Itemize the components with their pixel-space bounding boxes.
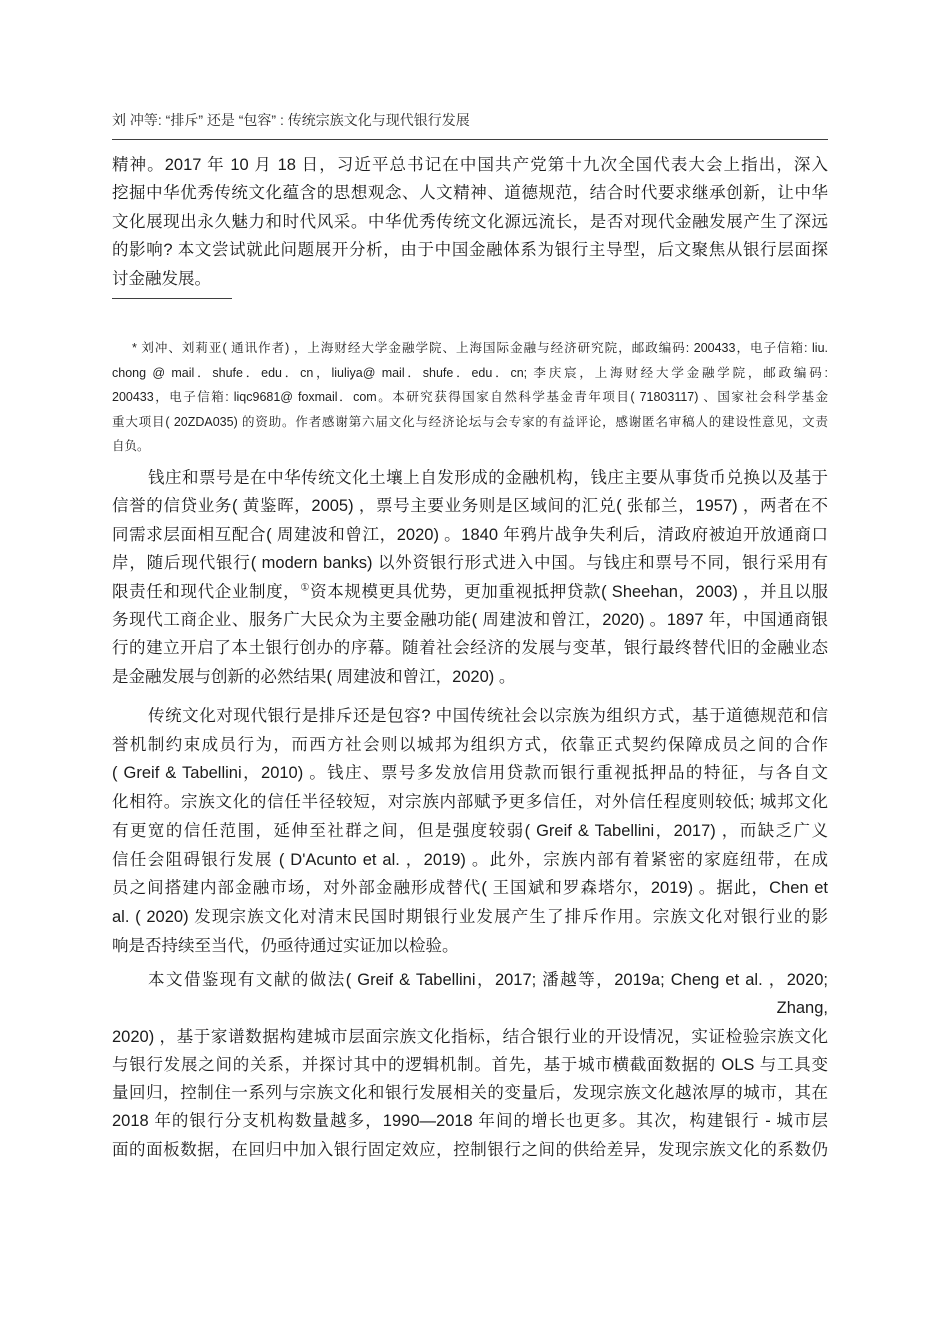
document-page: 刘 冲等: “排斥” 还是 “包容” : 传统宗族文化与现代银行发展 精神。20…	[0, 0, 950, 1344]
text-line: 有更宽的信任范围，延伸至社群之间，但是强度较弱( Greif & Tabelli…	[112, 817, 828, 846]
text-line: Zhang,	[112, 994, 828, 1022]
text-line: * 刘冲、刘莉亚( 通讯作者) ，上海财经大学金融学院、上海国际金融与经济研究院…	[112, 336, 828, 361]
running-header: 刘 冲等: “排斥” 还是 “包容” : 传统宗族文化与现代银行发展	[112, 110, 828, 130]
footnote-separator-rule	[112, 298, 232, 299]
text-line: 是金融发展与创新的必然结果( 周建波和曾江，2020) 。	[112, 663, 828, 691]
text-line: 同需求层面相互配合( 周建波和曾江，2020) 。1840 年鸦片战争失利后，清…	[112, 521, 828, 549]
text-line: 重大项目( 20ZDA035) 的资助。作者感谢第六届文化与经济论坛与会专家的有…	[112, 410, 828, 435]
text-line: 讨金融发展。	[112, 265, 828, 293]
text-line: 行的建立开启了本土银行创办的序幕。随着社会经济的发展与变革，银行最终替代旧的金融…	[112, 634, 828, 662]
text-line: 化相符。宗族文化的信任半径较短，对宗族内部赋予更多信任，对外信任程度则较低; 城…	[112, 788, 828, 817]
text-line: 传统文化对现代银行是排斥还是包容? 中国传统社会以宗族为组织方式，基于道德规范和…	[112, 702, 828, 731]
text-line: 2020) ，基于家谱数据构建城市层面宗族文化指标，结合银行业的开设情况，实证检…	[112, 1023, 828, 1051]
text-line: al. ( 2020) 发现宗族文化对清末民国时期银行业发展产生了排斥作用。宗族…	[112, 903, 828, 932]
text-line: 员之间搭建内部金融市场，对外部金融形成替代( 王国斌和罗森塔尔，2019) 。据…	[112, 874, 828, 903]
author-footnote: * 刘冲、刘莉亚( 通讯作者) ，上海财经大学金融学院、上海国际金融与经济研究院…	[112, 336, 828, 459]
text-line: ( Greif & Tabellini，2010) 。钱庄、票号多发放信用贷款而…	[112, 759, 828, 788]
paragraph-methodology: 本文借鉴现有文献的做法( Greif & Tabellini，2017; 潘越等…	[112, 966, 828, 1164]
header-rule	[112, 139, 828, 140]
text-line: 与银行发展之间的关系，并探讨其中的逻辑机制。首先，基于城市横截面数据的 OLS …	[112, 1051, 828, 1079]
text-line: 面的面板数据，在回归中加入银行固定效应，控制银行之间的供给差异，发现宗族文化的系…	[112, 1136, 828, 1164]
footnote-marker-1: ①	[300, 582, 310, 593]
text-line: 200433，电子信箱: liqc9681@ foxmail．com。本研究获得…	[112, 385, 828, 410]
paragraph-qianzhuang-piaohao: 钱庄和票号是在中华传统文化土壤上自发形成的金融机构，钱庄主要从事货币兑换以及基于…	[112, 464, 828, 691]
text-line: 岸，随后现代银行( modern banks) 以外资银行形式进入中国。与钱庄和…	[112, 549, 828, 577]
text-line: 信任会阻碍银行发展 ( D'Acunto et al. ，2019) 。此外，宗…	[112, 846, 828, 875]
text-line: 钱庄和票号是在中华传统文化土壤上自发形成的金融机构，钱庄主要从事货币兑换以及基于	[112, 464, 828, 492]
text-line: 挖掘中华优秀传统文化蕴含的思想观念、人文精神、道德规范，结合时代要求继承创新，让…	[112, 179, 828, 207]
text-line: 的影响? 本文尝试就此问题展开分析，由于中国金融体系为银行主导型，后文聚焦从银行…	[112, 236, 828, 264]
text-line: 誉机制约束成员行为，而西方社会则以城邦为组织方式，依靠正式契约保障成员之间的合作	[112, 731, 828, 760]
text-line: 量回归，控制住一系列与宗族文化和银行发展相关的变量后，发现宗族文化越浓厚的城市，…	[112, 1079, 828, 1107]
text-line: 精神。2017 年 10 月 18 日，习近平总书记在中国共产党第十九次全国代表…	[112, 151, 828, 179]
text-line: 文化展现出永久魅力和时代风采。中华优秀传统文化源远流长，是否对现代金融发展产生了…	[112, 208, 828, 236]
text-line: 信誉的信贷业务( 黄鉴晖，2005) ，票号主要业务则是区域间的汇兑( 张郁兰，…	[112, 492, 828, 520]
text-line: 2018 年的银行分支机构数量越多，1990—2018 年间的增长也更多。其次，…	[112, 1107, 828, 1135]
text-line: 自负。	[112, 434, 828, 459]
text-line: chong @ mail．shufe．edu．cn，liuliya@ mail．…	[112, 361, 828, 386]
text-line: 本文借鉴现有文献的做法( Greif & Tabellini，2017; 潘越等…	[112, 966, 828, 994]
text-line: 务现代工商企业、服务广大民众为主要金融功能( 周建波和曾江，2020) 。189…	[112, 606, 828, 634]
paragraph-intro-continued: 精神。2017 年 10 月 18 日，习近平总书记在中国共产党第十九次全国代表…	[112, 151, 828, 293]
paragraph-culture-banking: 传统文化对现代银行是排斥还是包容? 中国传统社会以宗族为组织方式，基于道德规范和…	[112, 702, 828, 960]
text-line: 限责任和现代企业制度，①资本规模更具优势，更加重视抵押贷款( Sheehan，2…	[112, 578, 828, 606]
text-line: 响是否持续至当代，仍亟待通过实证加以检验。	[112, 932, 828, 961]
